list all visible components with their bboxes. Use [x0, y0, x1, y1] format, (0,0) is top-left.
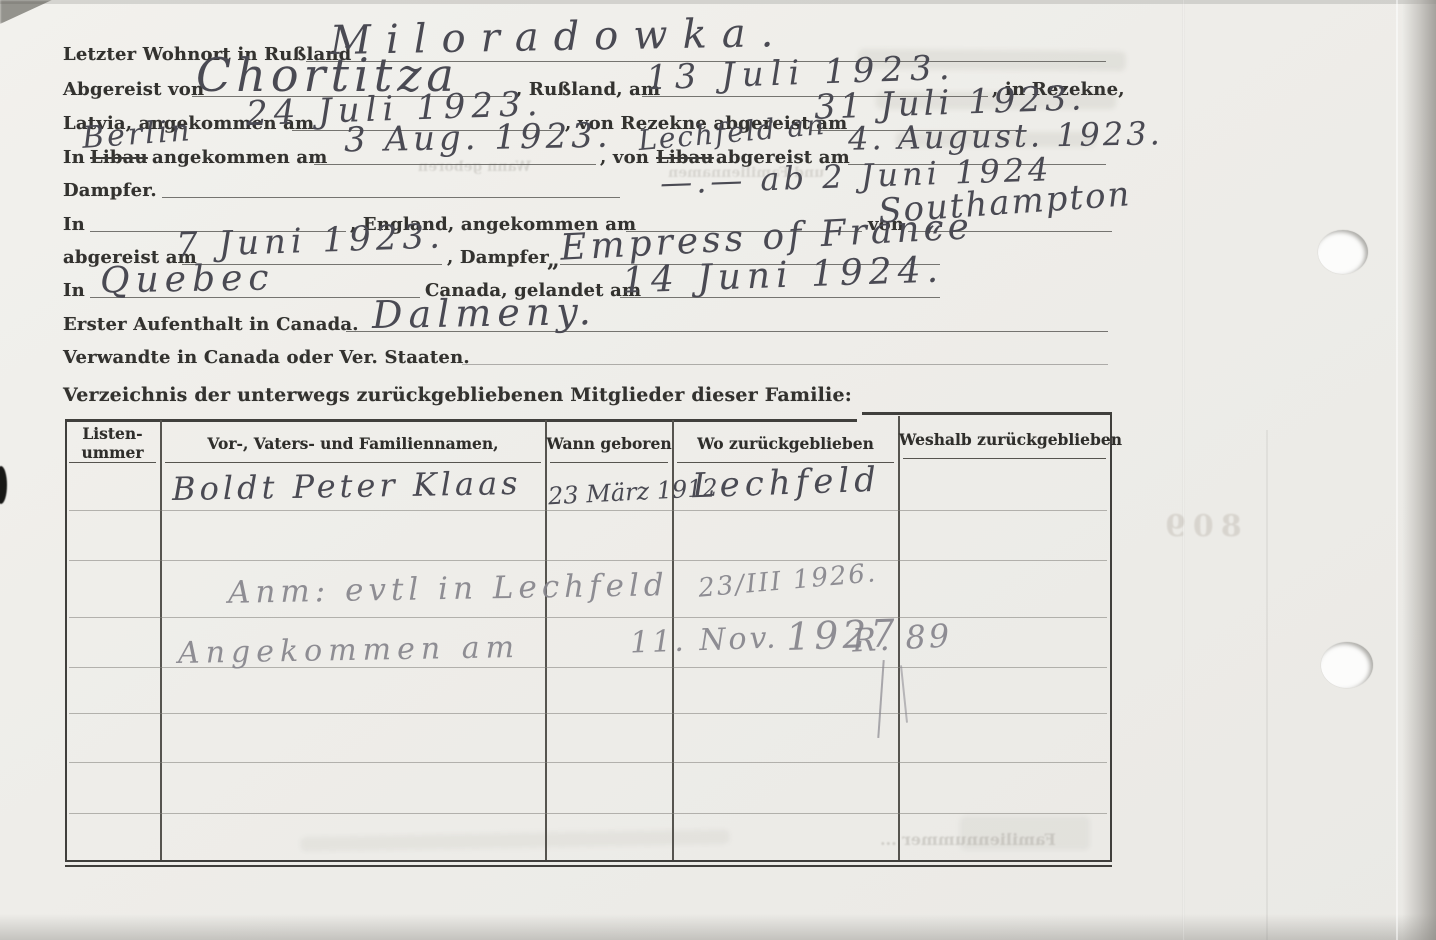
table-row-line-1: [69, 510, 1107, 511]
col-header-names: Vor-, Vaters- und Familiennamen,: [161, 434, 545, 453]
header-underline-col1: [165, 462, 541, 463]
rule-line10: [462, 364, 1108, 365]
top-left-corner-shadow: [0, 0, 52, 24]
table-row-line-7: [69, 813, 1107, 814]
table-row-line-6: [69, 762, 1107, 763]
handwriting-row1-name: Boldt Peter Klaas: [172, 467, 522, 505]
hole-punch-bottom: [1321, 642, 1373, 688]
vertical-crease-3: [1396, 0, 1398, 940]
table-col-sep-2: [545, 420, 547, 860]
top-edge-shadow: [0, 0, 1436, 4]
handwriting-note2-ref: R. 89: [851, 619, 953, 656]
table-border-right: [1110, 412, 1112, 862]
scanned-immigration-form: Wann geboren und Familiennamen 809 Famil…: [0, 0, 1436, 940]
table-caption: Verzeichnis der unterwegs zurückgebliebe…: [63, 386, 852, 405]
bleedthrough-stamp-number: 809: [1158, 512, 1242, 542]
vertical-crease-2: [1266, 430, 1268, 940]
label-dampfer-2: , Dampfer: [447, 249, 549, 267]
rule-line5: [162, 197, 620, 198]
handwriting-dalmeny: Dalmeny.: [372, 292, 597, 334]
table-border-bottom-2: [65, 865, 1112, 867]
rule-line4a: [314, 164, 596, 165]
col-header-where-left: Wo zurückgeblieben: [673, 434, 898, 453]
label-in-england: In: [63, 216, 85, 234]
table-row-line-2: [69, 560, 1107, 561]
label-in-canada: In: [63, 282, 85, 300]
handwriting-note1-text: Anm: evtl in Lechfeld: [228, 570, 669, 609]
handwriting-note2-text: Angekommen am: [178, 633, 521, 669]
table-border-top-right: [862, 412, 1112, 415]
handwriting-landing-date: 14 Juni 1924.: [621, 252, 944, 299]
label-dampfer-1: Dampfer.: [63, 182, 157, 200]
bleedthrough-header-mirror-1: Wann geboren: [418, 160, 531, 174]
ink-blot-left-edge: [0, 466, 7, 504]
label-arrived-on-1: angekommen am: [152, 149, 327, 167]
col-header-when-born: Wann geboren: [546, 434, 672, 453]
label-in-libau-1: In: [63, 149, 85, 167]
table-border-bottom-1: [65, 860, 1112, 862]
handwriting-quebec: Quebec: [100, 260, 275, 299]
handwriting-england-departure-date: 7 Juni 1923.: [175, 219, 445, 262]
handwriting-row1-where-left: Lechfeld: [691, 463, 881, 504]
label-first-residence: Erster Aufenthalt in Canada.: [63, 316, 359, 334]
handwriting-berlin: Berlin: [81, 116, 193, 154]
hole-punch-top: [1318, 230, 1368, 274]
col-header-list-number: Listen- ummer: [65, 424, 160, 463]
table-row-line-3: [69, 617, 1107, 618]
header-underline-col4: [903, 458, 1106, 459]
col-header-list-number-line2: ummer: [81, 443, 143, 462]
table-border-top-left: [65, 419, 857, 422]
bottom-paper-edge: [0, 914, 1436, 940]
table-border-left: [65, 419, 67, 862]
col-header-why-left: Weshalb zurückgeblieben: [899, 430, 1110, 449]
label-relatives: Verwandte in Canada oder Ver. Staaten.: [63, 349, 470, 367]
handwriting-note2-date: 11. Nov.: [630, 623, 779, 658]
table-row-line-5: [69, 713, 1107, 714]
label-departed-from: Abgereist von: [63, 81, 204, 99]
table-col-sep-1: [160, 420, 162, 860]
quote-open: „: [547, 249, 560, 271]
handwriting-lechfeld-departure-date: 4. August. 1923.: [848, 117, 1163, 154]
right-paper-edge: [1402, 0, 1436, 940]
vertical-crease-1: [1182, 0, 1185, 940]
handwriting-berlin-arrival-date: 3 Aug. 1923.: [344, 119, 612, 158]
header-underline-col2: [550, 462, 668, 463]
col-header-list-number-line1: Listen-: [82, 424, 142, 443]
